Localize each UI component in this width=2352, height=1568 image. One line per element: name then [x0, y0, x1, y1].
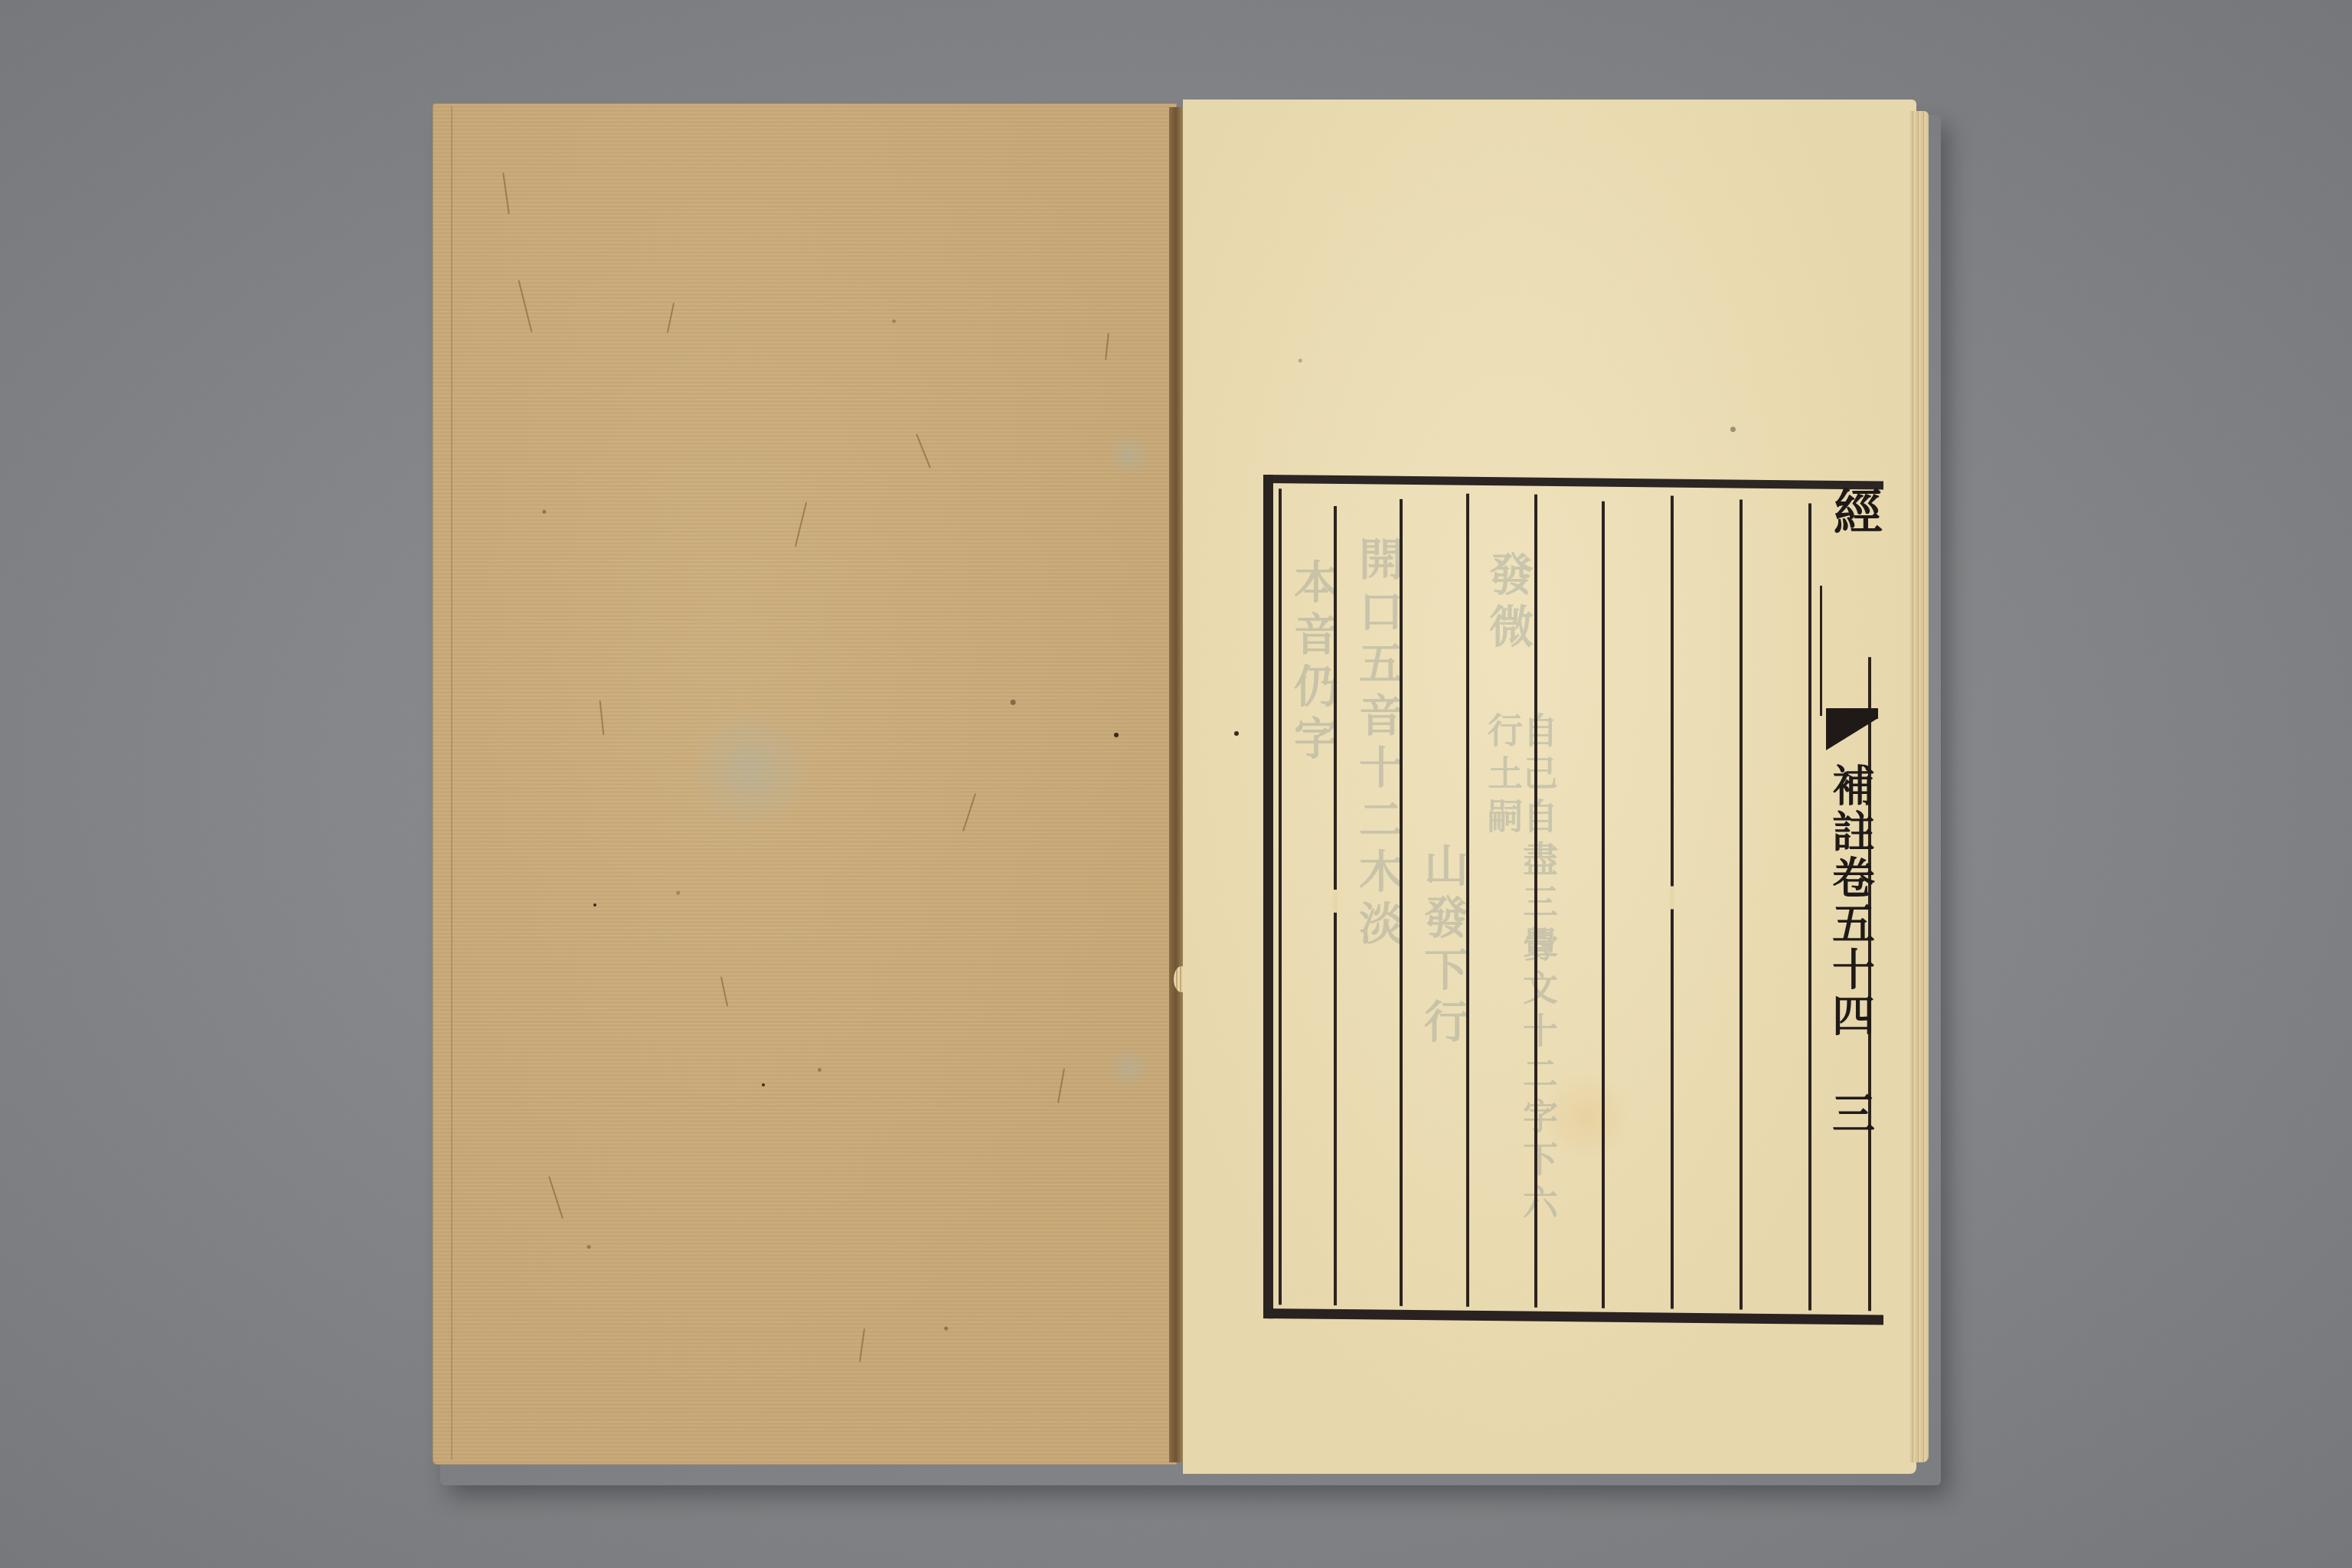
paper-fiber: [502, 172, 510, 214]
column-rule: [1602, 501, 1605, 1308]
fishtail-icon: [1826, 718, 1878, 750]
paper-fiber: [962, 793, 976, 831]
ink-speck: [1114, 733, 1119, 737]
cover-inner-edge: [451, 106, 452, 1460]
banxin-chapter-label: 補註卷五十四: [1829, 763, 1872, 1039]
paper-fiber: [599, 701, 605, 735]
ink-speck: [762, 1083, 765, 1086]
column-rule: [1466, 494, 1469, 1307]
banxin-title: 經: [1829, 486, 1878, 538]
ink-speck: [1234, 731, 1239, 736]
column-rule: [1534, 495, 1537, 1308]
column-rule: [1739, 500, 1743, 1310]
column-rule: [1671, 496, 1674, 1309]
paper-fiber: [795, 502, 807, 547]
column-rule: [1334, 506, 1337, 1305]
paper-fiber: [720, 976, 728, 1007]
book-gutter: [1169, 107, 1184, 1462]
print-frame: [1263, 475, 1883, 1325]
banxin-side-line: [1820, 586, 1822, 716]
book-photograph: 本音仍字 開口五音十二木淡 山發下行 發微 自己自盡三釁文十二字下六行土嗣 經 …: [0, 0, 2352, 1568]
paper-fiber: [859, 1328, 865, 1362]
paper-fiber: [916, 433, 931, 468]
frame-inner-line: [1279, 488, 1282, 1305]
pale-stain: [1106, 1045, 1152, 1091]
paper-fiber: [548, 1176, 563, 1219]
fishtail-bar: [1826, 708, 1878, 719]
pale-stain: [1106, 433, 1152, 479]
ink-speck: [593, 903, 596, 906]
banxin-page-number: 三: [1829, 1091, 1872, 1137]
page-edge-stack: [1910, 111, 1929, 1462]
paper-fiber: [1057, 1068, 1065, 1103]
column-rule: [1808, 503, 1811, 1310]
left-cover-page: [433, 103, 1177, 1465]
paper-fiber: [667, 302, 675, 333]
column-rule: [1400, 499, 1403, 1306]
paper-fiber: [518, 280, 533, 332]
pale-stain: [685, 708, 815, 831]
frame-left-border: [1263, 475, 1273, 1318]
paper-fiber: [1105, 333, 1109, 360]
centerfold-banxin: 經 補註卷五十四 三: [1826, 479, 1880, 1313]
